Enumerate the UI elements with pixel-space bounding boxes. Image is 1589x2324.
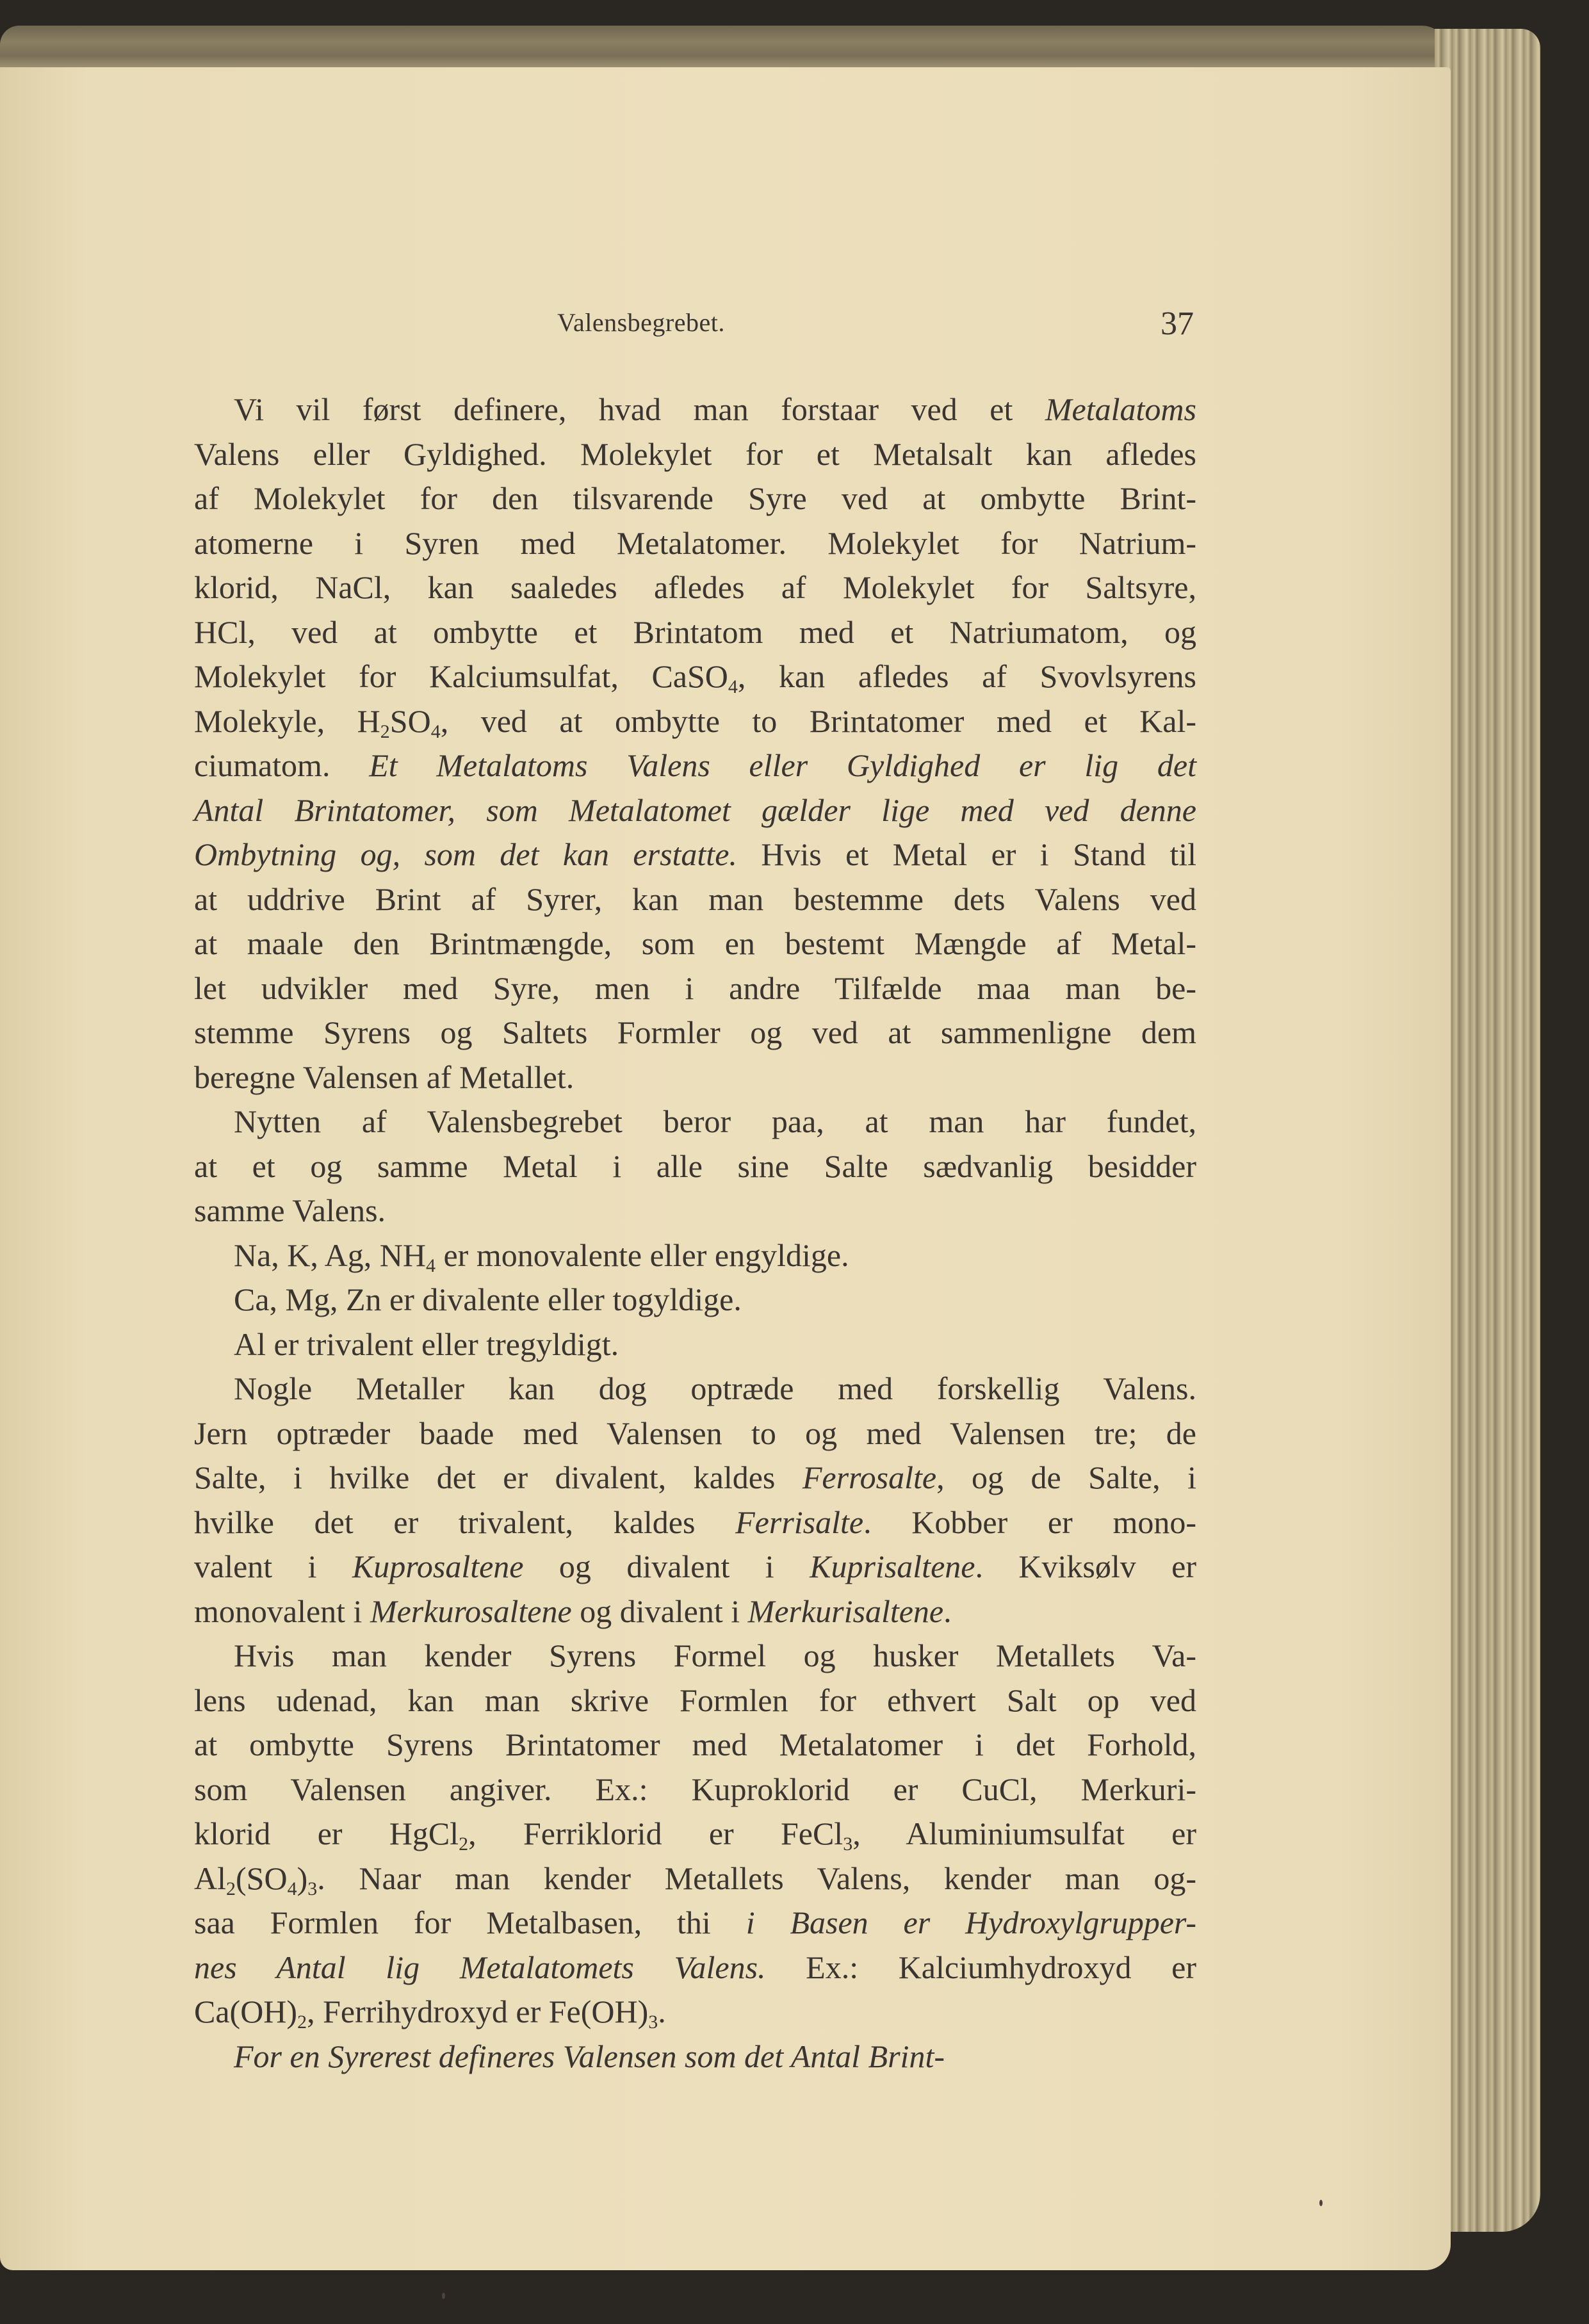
text-line: Molekylet for Kalciumsulfat, CaSO4, kan … xyxy=(194,654,1196,699)
italic-run: Et Metalatoms Valens eller Gyldighed er … xyxy=(369,747,1196,783)
running-title: Valensbegrebet. xyxy=(557,307,725,337)
paragraph: For en Syrerest defineres Valensen som d… xyxy=(194,2035,1196,2079)
paper-speck xyxy=(442,2293,445,2299)
text-line: Jern optræder baade med Valensen to og m… xyxy=(194,1411,1196,1456)
subscript: 3 xyxy=(648,2011,658,2033)
text-run: , Aluminiumsulfat er xyxy=(852,1816,1196,1851)
text-run: . xyxy=(943,1593,952,1629)
text-run: . xyxy=(658,1994,666,2029)
text-run: let udvikler med Syre, men i andre Tilfæ… xyxy=(194,970,1196,1006)
paragraph: Hvis man kender Syrens Formel og husker … xyxy=(194,1634,1196,2035)
text-run: samme Valens. xyxy=(194,1192,386,1228)
paragraph: Na, K, Ag, NH4 er monovalente eller engy… xyxy=(194,1233,1196,1278)
text-run: stemme Syrens og Saltets Formler og ved … xyxy=(194,1014,1196,1050)
text-run: er monovalente eller engyldige. xyxy=(436,1237,849,1273)
text-line: lens udenad, kan man skrive Formlen for … xyxy=(194,1678,1196,1723)
text-run: Hvis man kender Syrens Formel og husker … xyxy=(234,1637,1196,1673)
text-line: Na, K, Ag, NH4 er monovalente eller engy… xyxy=(194,1233,1196,1278)
italic-run: nes Antal lig Metalatomets Valens. xyxy=(194,1949,766,1985)
text-line: beregne Valensen af Metallet. xyxy=(194,1055,1196,1100)
text-run: HCl, ved at ombytte et Brintatom med et … xyxy=(194,614,1196,650)
text-run: hvilke det er trivalent, kaldes xyxy=(194,1504,735,1540)
italic-run: Metalatoms xyxy=(1045,391,1196,427)
text-line: let udvikler med Syre, men i andre Tilfæ… xyxy=(194,966,1196,1011)
text-line: Ca, Mg, Zn er divalente eller togyldige. xyxy=(194,1278,1196,1322)
text-line: af Molekylet for den tilsvarende Syre ve… xyxy=(194,476,1196,521)
text-run: at ombytte Syrens Brintatomer med Metala… xyxy=(194,1727,1196,1762)
text-run: valent i xyxy=(194,1548,352,1584)
text-run: Ca(OH) xyxy=(194,1994,297,2029)
text-line: at maale den Brintmængde, som en bestemt… xyxy=(194,922,1196,966)
text-line: Nogle Metaller kan dog optræde med forsk… xyxy=(194,1367,1196,1411)
text-line: Valens eller Gyldighed. Molekylet for et… xyxy=(194,432,1196,477)
text-line: valent i Kuprosaltene og divalent i Kupr… xyxy=(194,1545,1196,1589)
text-line: hvilke det er trivalent, kaldes Ferrisal… xyxy=(194,1500,1196,1545)
text-line: ciumatom. Et Metalatoms Valens eller Gyl… xyxy=(194,744,1196,788)
text-line: HCl, ved at ombytte et Brintatom med et … xyxy=(194,610,1196,655)
text-run: og divalent i xyxy=(572,1593,748,1629)
text-run: Valens eller Gyldighed. Molekylet for et… xyxy=(194,436,1196,472)
italic-run: Merkurosaltene xyxy=(370,1593,572,1629)
text-line: nes Antal lig Metalatomets Valens. Ex.: … xyxy=(194,1946,1196,1990)
text-run: klorid, NaCl, kan saaledes afledes af Mo… xyxy=(194,569,1196,605)
subscript: 2 xyxy=(380,721,390,742)
paragraph: Al er trivalent eller tregyldigt. xyxy=(194,1322,1196,1367)
subscript: 4 xyxy=(728,676,738,697)
text-run: SO xyxy=(390,703,431,739)
text-run: Nytten af Valensbegrebet beror paa, at m… xyxy=(234,1103,1196,1139)
text-run: Al er trivalent eller tregyldigt. xyxy=(234,1326,619,1362)
subscript: 4 xyxy=(426,1255,436,1276)
text-run: at maale den Brintmængde, som en bestemt… xyxy=(194,925,1196,961)
paragraph: Nogle Metaller kan dog optræde med forsk… xyxy=(194,1367,1196,1634)
paragraph: Nytten af Valensbegrebet beror paa, at m… xyxy=(194,1100,1196,1233)
italic-run: Kuprosaltene xyxy=(352,1548,524,1584)
subscript: 2 xyxy=(297,2011,307,2033)
subscript: 2 xyxy=(459,1833,468,1855)
book-page: Valensbegrebet. 37 Vi vil først definere… xyxy=(0,67,1451,2270)
text-line: at ombytte Syrens Brintatomer med Metala… xyxy=(194,1723,1196,1767)
text-run: ) xyxy=(297,1860,308,1896)
text-line: samme Valens. xyxy=(194,1189,1196,1233)
italic-run: Antal Brintatomer, som Metalatomet gælde… xyxy=(194,792,1196,828)
italic-run: Ombytning og, som det kan erstatte. xyxy=(194,836,737,872)
text-line: Salte, i hvilke det er divalent, kaldes … xyxy=(194,1456,1196,1500)
text-run: beregne Valensen af Metallet. xyxy=(194,1059,574,1095)
italic-run: For en Syrerest defineres Valensen som d… xyxy=(234,2038,945,2074)
text-run: , og de Salte, i xyxy=(936,1459,1196,1495)
text-line: Al2(SO4)3. Naar man kender Metallets Val… xyxy=(194,1857,1196,1901)
text-run: , Ferriklorid er FeCl xyxy=(468,1816,843,1851)
text-run: Ex.: Kalciumhydroxyd er xyxy=(766,1949,1196,1985)
text-run: lens udenad, kan man skrive Formlen for … xyxy=(194,1682,1196,1718)
text-run: og divalent i xyxy=(523,1548,810,1584)
body-text: Vi vil først definere, hvad man forstaar… xyxy=(194,387,1196,2079)
text-line: saa Formlen for Metalbasen, thi i Basen … xyxy=(194,1901,1196,1946)
paragraph: Vi vil først definere, hvad man forstaar… xyxy=(194,387,1196,1100)
text-run: Nogle Metaller kan dog optræde med forsk… xyxy=(234,1370,1196,1406)
text-run: atomerne i Syren med Metalatomer. Moleky… xyxy=(194,525,1196,561)
text-run: , kan afledes af Svovlsyrens xyxy=(738,658,1196,694)
text-run: . Kobber er mono- xyxy=(863,1504,1196,1540)
text-line: klorid, NaCl, kan saaledes afledes af Mo… xyxy=(194,565,1196,610)
text-line: at uddrive Brint af Syrer, kan man beste… xyxy=(194,877,1196,922)
text-run: af Molekylet for den tilsvarende Syre ve… xyxy=(194,480,1196,516)
text-run: . Kviksølv er xyxy=(975,1548,1196,1584)
text-run: Molekylet for Kalciumsulfat, CaSO xyxy=(194,658,728,694)
text-line: Nytten af Valensbegrebet beror paa, at m… xyxy=(194,1100,1196,1144)
text-run: Molekyle, H xyxy=(194,703,380,739)
text-line: at et og samme Metal i alle sine Salte s… xyxy=(194,1144,1196,1189)
text-line: stemme Syrens og Saltets Formler og ved … xyxy=(194,1011,1196,1055)
text-line: Ombytning og, som det kan erstatte. Hvis… xyxy=(194,833,1196,877)
text-run: Na, K, Ag, NH xyxy=(234,1237,426,1273)
text-line: atomerne i Syren med Metalatomer. Moleky… xyxy=(194,521,1196,566)
text-run: som Valensen angiver. Ex.: Kuproklorid e… xyxy=(194,1771,1196,1807)
text-run: at et og samme Metal i alle sine Salte s… xyxy=(194,1148,1196,1184)
text-run: klorid er HgCl xyxy=(194,1816,459,1851)
page-number: 37 xyxy=(1161,305,1194,343)
text-run: , Ferrihydroxyd er Fe(OH) xyxy=(307,1994,648,2029)
text-run: ciumatom. xyxy=(194,747,369,783)
text-run: Hvis et Metal er i Stand til xyxy=(737,836,1196,872)
subscript: 2 xyxy=(226,1878,236,1899)
italic-run: Kuprisaltene xyxy=(810,1548,975,1584)
text-run: . Naar man kender Metallets Valens, kend… xyxy=(317,1860,1196,1896)
text-run: at uddrive Brint af Syrer, kan man beste… xyxy=(194,881,1196,917)
text-line: For en Syrerest defineres Valensen som d… xyxy=(194,2035,1196,2079)
subscript: 4 xyxy=(288,1878,297,1899)
text-run: , ved at ombytte to Brintatomer med et K… xyxy=(441,703,1196,739)
italic-run: Ferrosalte xyxy=(803,1459,936,1495)
subscript: 3 xyxy=(307,1878,317,1899)
text-line: Hvis man kender Syrens Formel og husker … xyxy=(194,1634,1196,1678)
text-line: monovalent i Merkurosaltene og divalent … xyxy=(194,1589,1196,1634)
text-run: Jern optræder baade med Valensen to og m… xyxy=(194,1415,1196,1451)
text-run: Vi vil først definere, hvad man forstaar… xyxy=(234,391,1045,427)
italic-run: Merkurisaltene xyxy=(748,1593,943,1629)
text-line: som Valensen angiver. Ex.: Kuproklorid e… xyxy=(194,1767,1196,1812)
text-line: klorid er HgCl2, Ferriklorid er FeCl3, A… xyxy=(194,1812,1196,1857)
subscript: 4 xyxy=(431,721,441,742)
text-run: saa Formlen for Metalbasen, thi xyxy=(194,1905,746,1940)
text-line: Ca(OH)2, Ferrihydroxyd er Fe(OH)3. xyxy=(194,1990,1196,2035)
text-line: Al er trivalent eller tregyldigt. xyxy=(194,1322,1196,1367)
paragraph: Ca, Mg, Zn er divalente eller togyldige. xyxy=(194,1278,1196,1322)
text-line: Antal Brintatomer, som Metalatomet gælde… xyxy=(194,788,1196,833)
running-head: Valensbegrebet. 37 xyxy=(0,307,1451,346)
text-run: monovalent i xyxy=(194,1593,370,1629)
text-line: Vi vil først definere, hvad man forstaar… xyxy=(194,387,1196,432)
text-run: Salte, i hvilke det er divalent, kaldes xyxy=(194,1459,803,1495)
text-run: (SO xyxy=(236,1860,288,1896)
text-run: Al xyxy=(194,1860,226,1896)
italic-run: i Basen er Hydroxylgrupper- xyxy=(746,1905,1196,1940)
italic-run: Ferrisalte xyxy=(735,1504,863,1540)
paper-speck xyxy=(1319,2200,1323,2206)
subscript: 3 xyxy=(843,1833,852,1855)
text-run: Ca, Mg, Zn er divalente eller togyldige. xyxy=(234,1281,742,1317)
text-line: Molekyle, H2SO4, ved at ombytte to Brint… xyxy=(194,699,1196,744)
